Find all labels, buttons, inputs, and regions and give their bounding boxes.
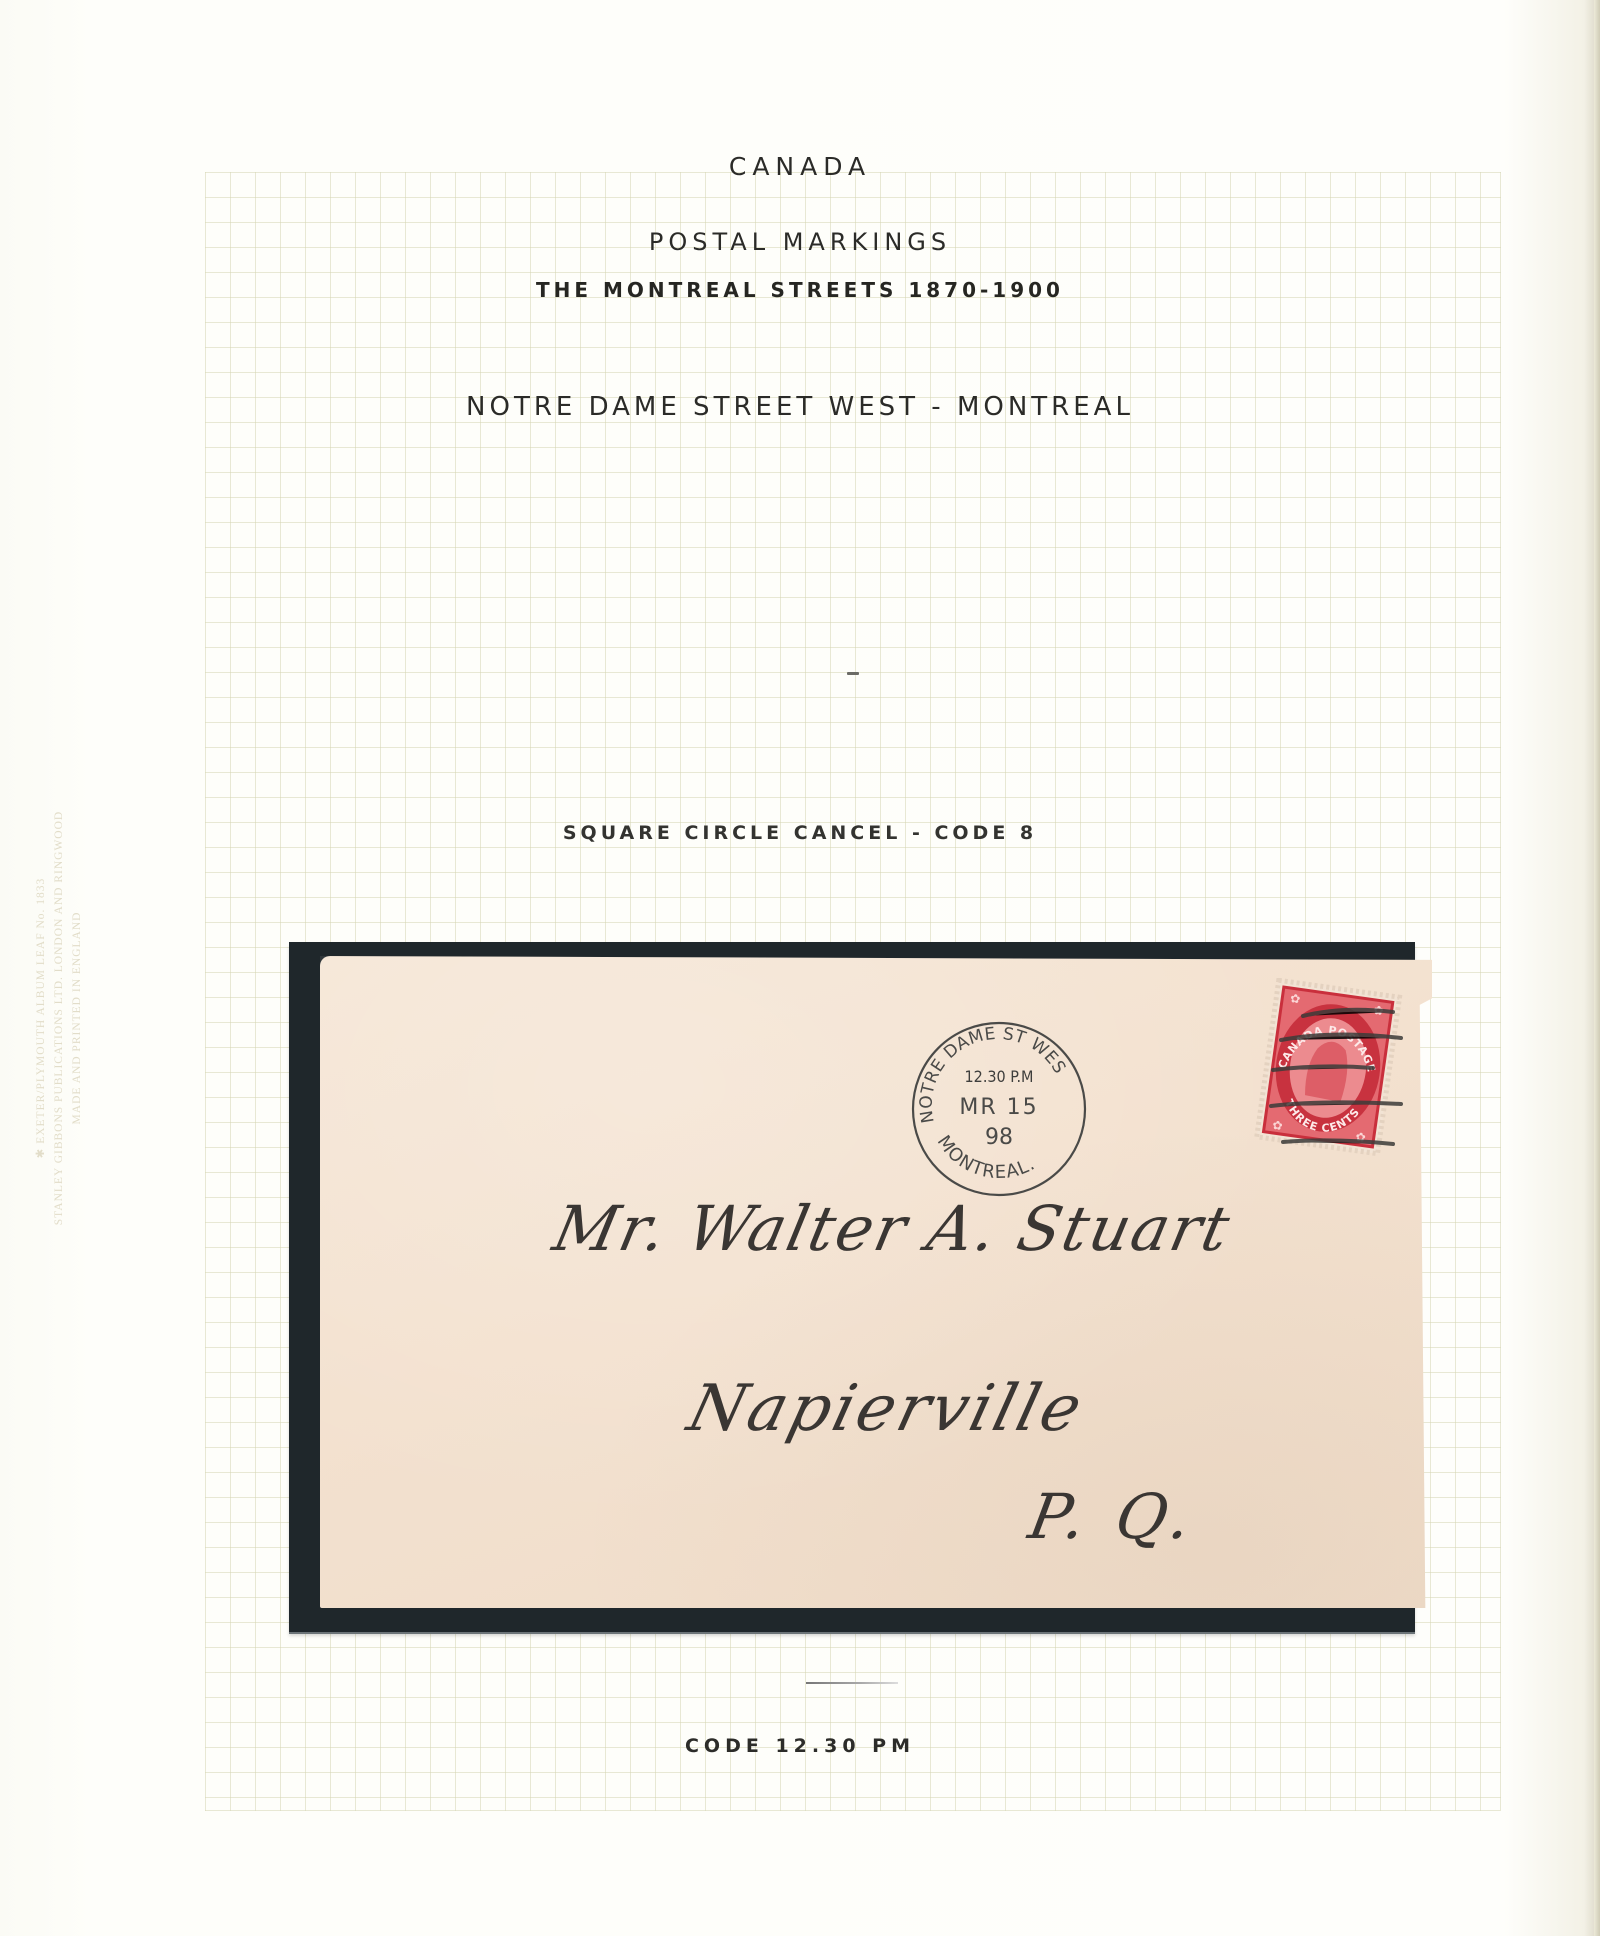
series-title: THE MONTREAL STREETS 1870-1900 [0, 278, 1600, 302]
addressee-town: Napierville [681, 1372, 1092, 1446]
page-subject: POSTAL MARKINGS [0, 228, 1600, 256]
album-page: ✱ EXETER/PLYMOUTH ALBUM LEAF No. 1833 ST… [0, 0, 1600, 1936]
svg-text:✿: ✿ [1289, 991, 1301, 1006]
addressee-name: Mr. Walter A. Stuart [547, 1192, 1237, 1265]
page-title: CANADA [0, 152, 1600, 181]
code-caption: CODE 12.30 PM [0, 1735, 1600, 1757]
addressee-province: P. Q. [1024, 1480, 1203, 1553]
pencil-mark [847, 672, 859, 675]
cancel-type-caption: SQUARE CIRCLE CANCEL - CODE 8 [0, 822, 1600, 844]
street-heading: NOTRE DAME STREET WEST - MONTREAL [0, 392, 1600, 422]
pencil-rule [806, 1682, 898, 1684]
postmark-time: 12.30 P.M [965, 1067, 1034, 1086]
postmark-cancel: NOTRE DAME ST WEST MONTREAL. 12.30 P.M M… [908, 1018, 1090, 1200]
svg-text:✿: ✿ [1272, 1118, 1284, 1133]
three-cent-stamp: CANADA POSTAGE THREE CENTS ✿ ✿ ✿ ✿ [1253, 978, 1403, 1158]
postmark-year: 98 [985, 1125, 1013, 1150]
postmark-date: MR 15 [959, 1095, 1038, 1120]
